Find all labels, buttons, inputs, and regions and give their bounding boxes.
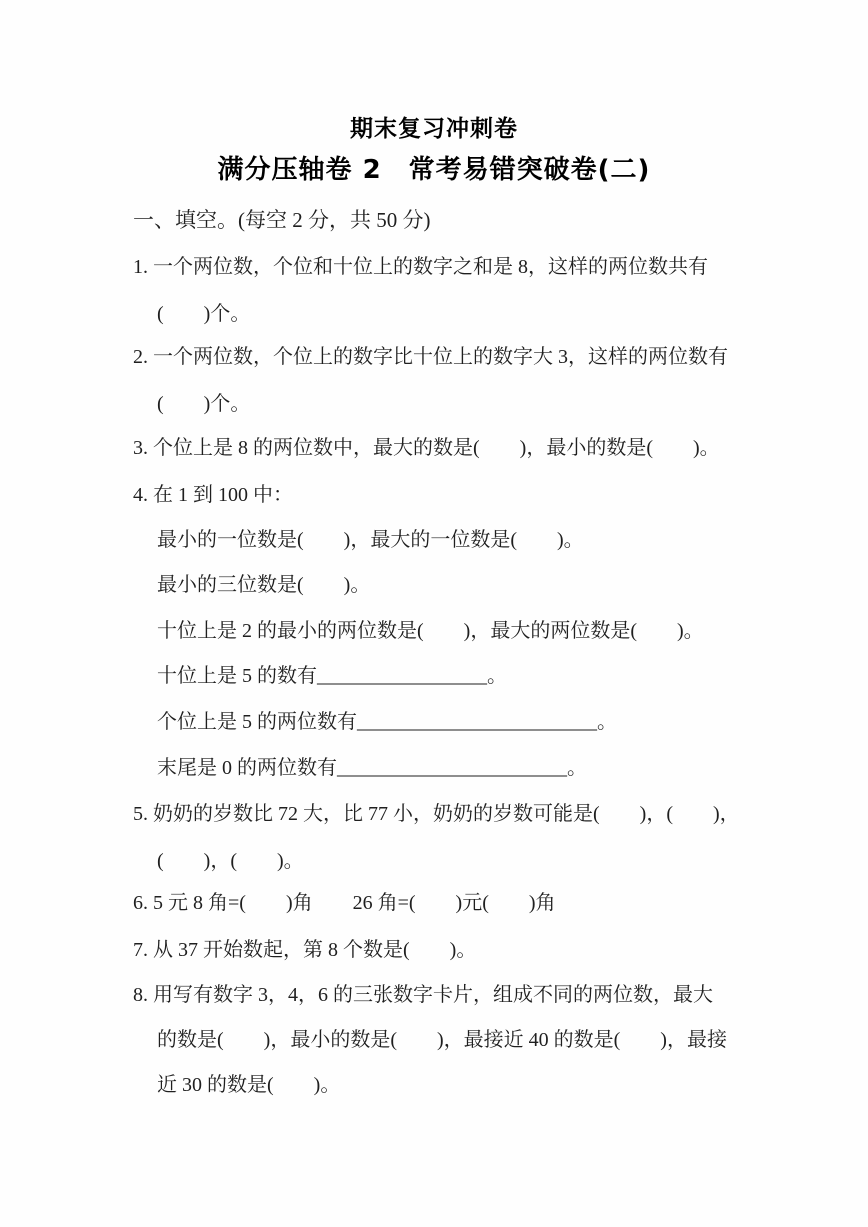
question-1-line-2: ( )个。 [157, 301, 250, 327]
question-1-line-1: 1. 一个两位数，个位和十位上的数字之和是 8，这样的两位数共有 [133, 254, 708, 280]
question-7-line-1: 7. 从 37 开始数起，第 8 个数是( )。 [133, 937, 476, 963]
question-8-line-2: 的数是( )，最小的数是( )，最接近 40 的数是( )，最接 [157, 1027, 727, 1053]
question-5-line-1: 5. 奶奶的岁数比 72 大，比 77 小，奶奶的岁数可能是( )，( )， [133, 801, 740, 827]
question-4-line-5-blank: 十位上是 5 的数有_________________。 [157, 663, 507, 689]
question-8-line-3: 近 30 的数是( )。 [157, 1072, 340, 1098]
question-2-line-2: ( )个。 [157, 391, 250, 417]
doc-title: 期末复习冲刺卷 [0, 116, 868, 142]
question-8-line-1: 8. 用写有数字 3，4，6 的三张数字卡片，组成不同的两位数，最大 [133, 982, 713, 1008]
question-3-line-1: 3. 个位上是 8 的两位数中，最大的数是( )，最小的数是( )。 [133, 435, 720, 461]
worksheet-page: 期末复习冲刺卷 满分压轴卷 2 常考易错突破卷(二) 一、填空。(每空 2 分，… [0, 0, 868, 1227]
question-4-line-2: 最小的一位数是( )，最大的一位数是( )。 [157, 527, 584, 553]
question-4-line-4: 十位上是 2 的最小的两位数是( )，最大的两位数是( )。 [157, 618, 704, 644]
section-heading: 一、填空。(每空 2 分，共 50 分) [133, 207, 431, 233]
question-5-line-2: ( )，( )。 [157, 848, 304, 874]
question-4-line-7-blank: 末尾是 0 的两位数有_______________________。 [157, 755, 587, 781]
question-2-line-1: 2. 一个两位数，个位上的数字比十位上的数字大 3，这样的两位数有 [133, 344, 728, 370]
question-4-line-1: 4. 在 1 到 100 中： [133, 482, 293, 508]
doc-subtitle: 满分压轴卷 2 常考易错突破卷(二) [0, 157, 868, 183]
question-4-line-3: 最小的三位数是( )。 [157, 572, 370, 598]
question-6-line-1: 6. 5 元 8 角=( )角 26 角=( )元( )角 [133, 890, 556, 916]
question-4-line-6-blank: 个位上是 5 的两位数有________________________。 [157, 709, 617, 735]
